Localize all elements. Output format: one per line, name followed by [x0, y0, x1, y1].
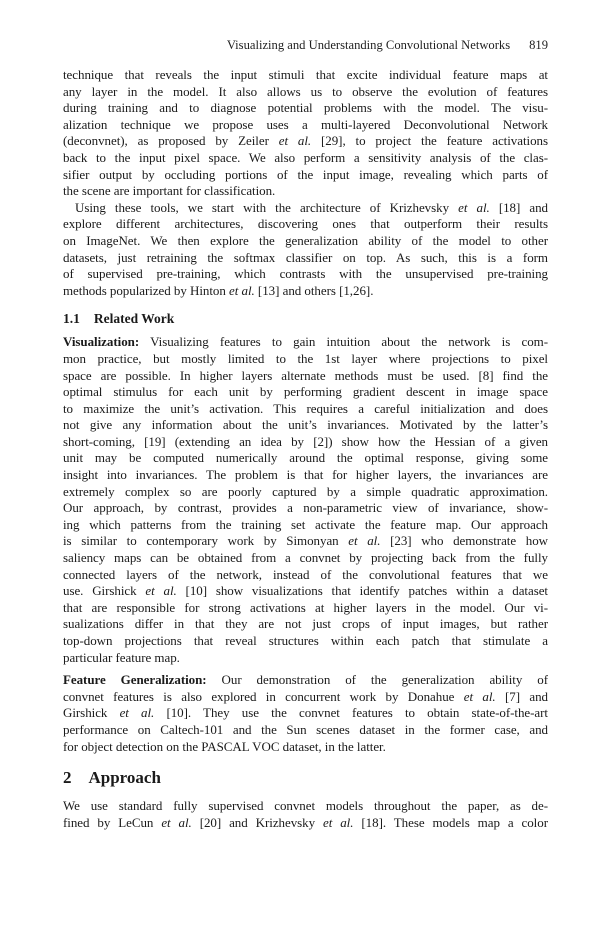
text-line: mon practice, but mostly limited to the … — [63, 351, 548, 368]
text-line: is similar to contemporary work by Simon… — [63, 533, 548, 550]
text-line: We use standard fully supervised convnet… — [63, 798, 548, 815]
heading-title: Approach — [89, 768, 161, 787]
text-line: Visualization: Visualizing features to g… — [63, 334, 548, 351]
text-line: not give any information about the unit’… — [63, 417, 548, 434]
section-heading: 2Approach — [63, 767, 548, 788]
text-line: fined by LeCun et al. [20] and Krizhevsk… — [63, 815, 548, 832]
text-line: of supervised pre-training, which contra… — [63, 266, 548, 283]
heading-number: 1.1 — [63, 311, 80, 326]
heading-number: 2 — [63, 768, 72, 787]
text-line: use. Girshick et al. [10] show visualiza… — [63, 583, 548, 600]
paragraph: Using these tools, we start with the arc… — [63, 200, 548, 300]
text-line: during training and to diagnose potentia… — [63, 100, 548, 117]
text-line: technique that reveals the input stimuli… — [63, 67, 548, 84]
text-line: saliency maps can be obtained from a con… — [63, 550, 548, 567]
text-line: (deconvnet), as proposed by Zeiler et al… — [63, 133, 548, 150]
text-line: any layer in the model. It also allows u… — [63, 84, 548, 101]
text-line: the scene are important for classificati… — [63, 183, 548, 200]
paragraph: technique that reveals the input stimuli… — [63, 67, 548, 200]
text-line: Our approach, by contrast, provides a no… — [63, 500, 548, 517]
document-body: technique that reveals the input stimuli… — [63, 67, 548, 831]
text-line: sifier output by occluding portions of t… — [63, 167, 548, 184]
text-line: Using these tools, we start with the arc… — [63, 200, 548, 217]
text-line: ing which patterns from the training set… — [63, 517, 548, 534]
text-line: unit may be computed numerically around … — [63, 450, 548, 467]
text-line: back to the input pixel space. We also p… — [63, 150, 548, 167]
text-line: convnet features is also explored in con… — [63, 689, 548, 706]
heading-title: Related Work — [94, 311, 174, 326]
text-line: short-coming, [19] (extending an idea by… — [63, 434, 548, 451]
page-number: 819 — [529, 38, 548, 53]
text-line: particular feature map. — [63, 650, 548, 667]
text-line: insight into invariances. The problem is… — [63, 467, 548, 484]
text-line: to maximize the unit’s activation. This … — [63, 401, 548, 418]
paragraph: Feature Generalization: Our demonstratio… — [63, 672, 548, 755]
text-line: alization technique we propose uses a mu… — [63, 117, 548, 134]
text-line: for object detection on the PASCAL VOC d… — [63, 739, 548, 756]
subsection-heading: 1.1Related Work — [63, 310, 548, 327]
text-line: extremely complex so are poorly captured… — [63, 484, 548, 501]
text-line: space are possible. In higher layers alt… — [63, 368, 548, 385]
text-column: Visualizing and Understanding Convolutio… — [63, 38, 548, 831]
text-line: datasets, just retraining the softmax cl… — [63, 250, 548, 267]
running-header: Visualizing and Understanding Convolutio… — [63, 38, 548, 53]
text-line: on ImageNet. We then explore the general… — [63, 233, 548, 250]
text-line: Girshick et al. [10]. They use the convn… — [63, 705, 548, 722]
text-line: connected layers of the network, instead… — [63, 567, 548, 584]
text-line: that are responsible for strong activati… — [63, 600, 548, 617]
text-line: sualizations differ in that they are not… — [63, 616, 548, 633]
paragraph: Visualization: Visualizing features to g… — [63, 334, 548, 666]
text-line: performance on Caltech-101 and the Sun s… — [63, 722, 548, 739]
text-line: methods popularized by Hinton et al. [13… — [63, 283, 548, 300]
text-line: top-down projections that reveal structu… — [63, 633, 548, 650]
paper-page: Visualizing and Understanding Convolutio… — [0, 0, 610, 925]
text-line: explore different architectures, discove… — [63, 216, 548, 233]
text-line: optimal stimulus for each unit by perfor… — [63, 384, 548, 401]
paragraph: We use standard fully supervised convnet… — [63, 798, 548, 831]
running-title: Visualizing and Understanding Convolutio… — [227, 38, 510, 53]
text-line: Feature Generalization: Our demonstratio… — [63, 672, 548, 689]
